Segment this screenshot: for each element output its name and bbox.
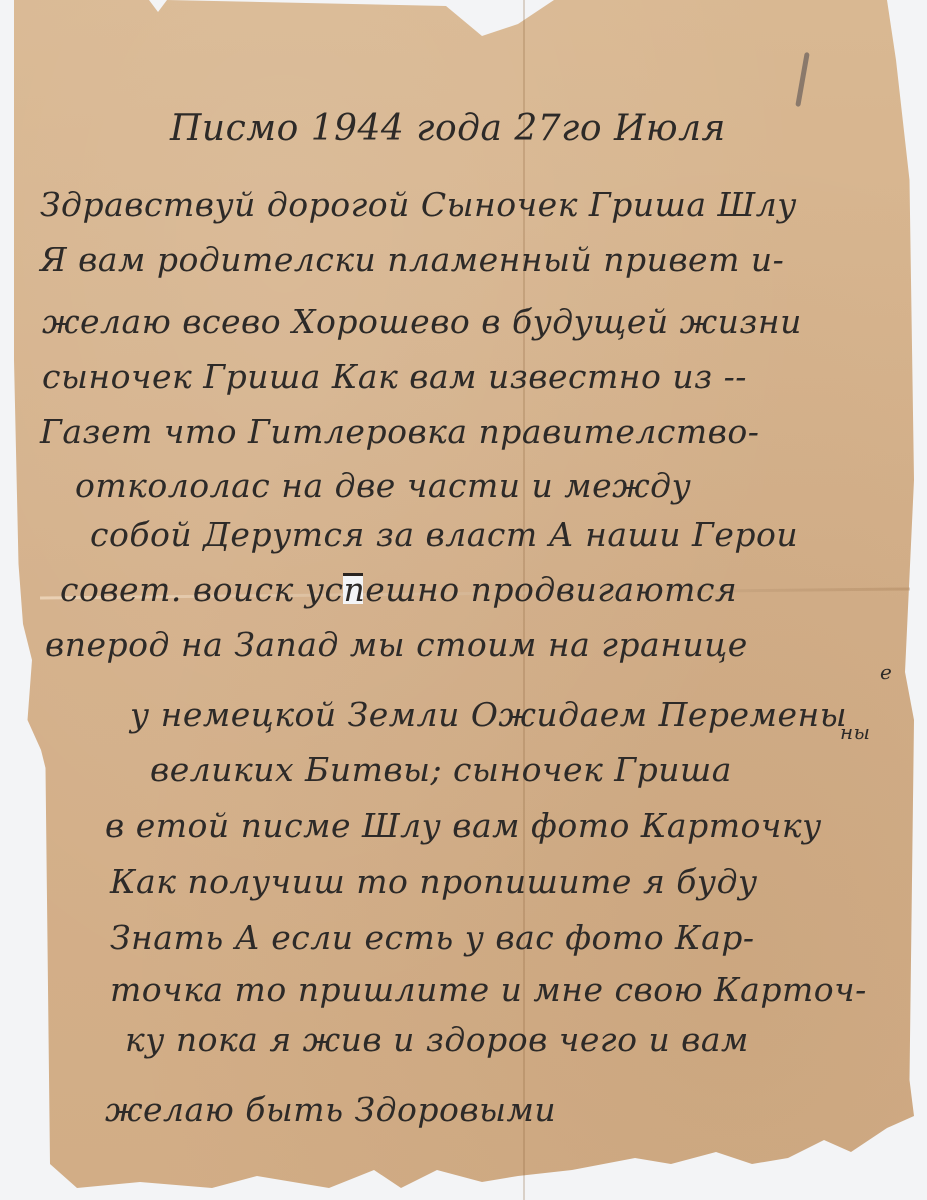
letter-line-3: желаю всево Хорошево в будущей жизни: [42, 302, 802, 341]
superscript-correction-10: ны: [840, 720, 870, 744]
letter-line-15: точка то пришлите и мне свою Карточ-: [110, 970, 867, 1009]
letter-line-10: у немецкой Земли Ожидаем Перемены: [130, 695, 847, 734]
letter-line-7: собой Дерутся за власт А наши Герои: [90, 515, 798, 554]
letter-line-6: откололас на две части и между: [75, 466, 691, 505]
letter-line-17: желаю быть Здоровыми: [105, 1090, 556, 1129]
letter-line-5: Газет что Гитлеровка правителство-: [40, 412, 759, 451]
letter-line-4: сыночек Гриша Как вам известно из --: [42, 357, 747, 396]
letter-line-9: вперод на Запад мы стоим на границе: [45, 625, 748, 664]
letter-line-11: великих Битвы; сыночек Гриша: [150, 750, 732, 789]
letter-line-14: Знать А если есть у вас фото Кар-: [110, 918, 755, 957]
letter-line-8: совет. воиск успешно продвигаются: [60, 570, 737, 609]
letter-line-2: Я вам родителски пламенный привет и-: [40, 240, 784, 279]
superscript-correction-9: е: [880, 660, 892, 684]
letter-line-13: Как получиш то пропишите я буду: [110, 862, 758, 901]
letter-line-16: ку пока я жив и здоров чего и вам: [125, 1020, 749, 1059]
letter-line-12: в етой писме Шлу вам фото Карточку: [105, 806, 822, 845]
letter-heading: Писмо 1944 года 27го Июля: [170, 108, 726, 149]
letter-line-1: Здравствуй дорогой Сыночек Гриша Шлу: [40, 185, 797, 224]
